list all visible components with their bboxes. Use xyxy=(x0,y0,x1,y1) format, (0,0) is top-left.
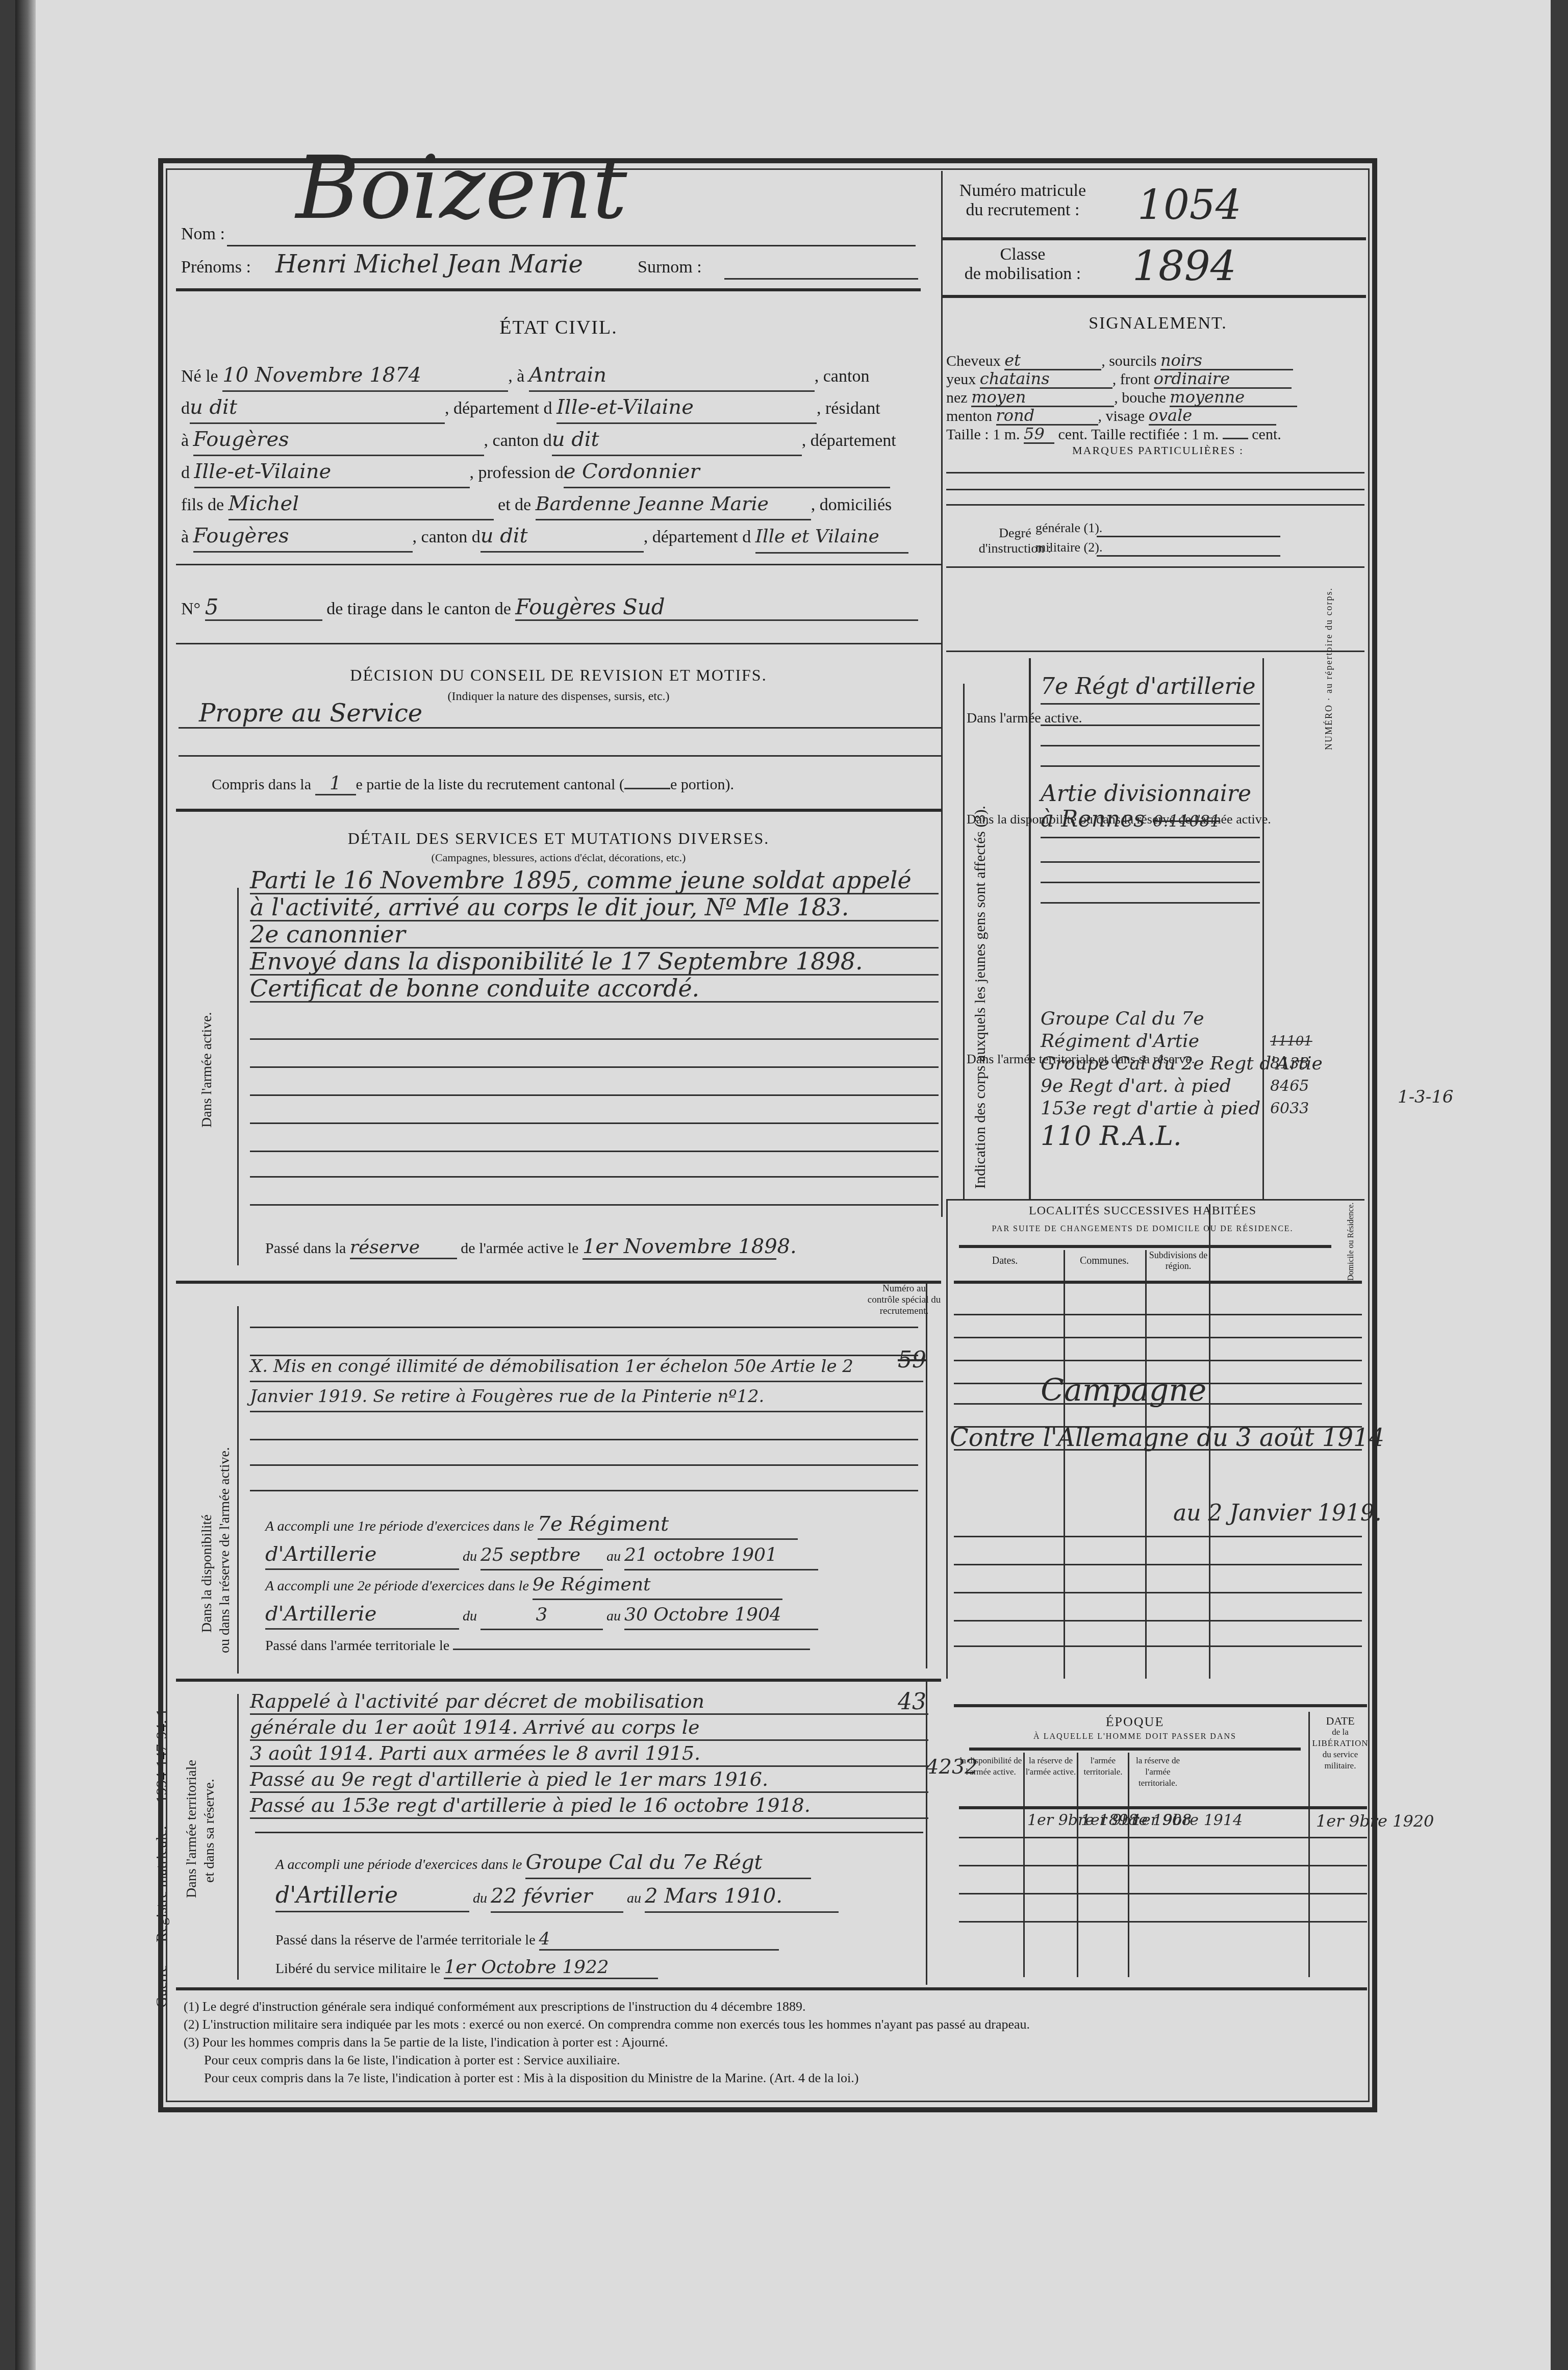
libere[interactable]: 1er Octobre 1922 xyxy=(444,1957,658,1979)
service-line[interactable]: 2e canonnier xyxy=(250,921,939,949)
signalement-title: SIGNALEMENT. xyxy=(944,314,1372,333)
corps-side-rule xyxy=(963,684,965,1199)
epoque-row-line xyxy=(959,1921,1367,1923)
tirage-no[interactable]: 5 xyxy=(205,594,322,621)
terr-side-label-2: et dans sa réserve. xyxy=(201,1779,218,1883)
campagne-title[interactable]: Campagne xyxy=(1041,1373,1206,1408)
classe-label: Classede mobilisation : xyxy=(949,245,1097,284)
footnote: (3) Pour les hommes compris dans la 5e p… xyxy=(184,2033,1357,2051)
degre-divider xyxy=(946,566,1364,568)
epoque-row-line xyxy=(959,1893,1367,1894)
localites-subtitle: PAR SUITE DE CHANGEMENTS DE DOMICILE OU … xyxy=(949,1225,1336,1234)
service-line[interactable]: Parti le 16 Novembre 1895, comme jeune s… xyxy=(250,867,939,894)
corps-active-entry[interactable]: 7e Régt d'artillerie xyxy=(1041,673,1256,700)
sourcils[interactable]: noirs xyxy=(1160,352,1293,370)
dispo-divider xyxy=(176,1679,941,1682)
periode3-block: A accompli une période d'exercices dans … xyxy=(275,1847,933,1914)
residence[interactable]: Fougères xyxy=(193,424,484,456)
prenoms-label: Prénoms : xyxy=(181,258,251,277)
footnote: (1) Le degré d'instruction générale sera… xyxy=(184,1998,1357,2015)
etat-civil-title: ÉTAT CIVIL. xyxy=(176,316,941,339)
corps-active-line-3 xyxy=(1041,745,1260,746)
corps-dispo-line-2 xyxy=(1041,861,1260,863)
terr-line[interactable]: générale du 1er août 1914. Arrivé au cor… xyxy=(250,1715,928,1741)
decision-line-1 xyxy=(179,727,941,729)
territoriale-passe[interactable] xyxy=(453,1649,810,1650)
marques-line-2 xyxy=(946,489,1364,490)
residence-canton[interactable]: u dit xyxy=(552,424,802,456)
localites-col-subdivisions: Subdivisions de région. xyxy=(1148,1250,1209,1271)
footnote: (2) L'instruction militaire sera indiqué… xyxy=(184,2015,1357,2033)
corps-dispo-line-3 xyxy=(1041,882,1260,883)
corps-dispo-numero[interactable]: 0.11081 xyxy=(1153,811,1220,831)
localites-row-line xyxy=(954,1314,1362,1315)
decision-line-2 xyxy=(179,755,941,757)
localites-title: LOCALITÉS SUCCESSIVES HABITÉES xyxy=(949,1204,1336,1218)
page-binding xyxy=(15,0,36,2370)
localites-brace xyxy=(959,1245,1331,1248)
periode3-au[interactable]: 2 Mars 1910. xyxy=(645,1881,839,1913)
periode1-du[interactable]: 25 septbre xyxy=(480,1541,603,1570)
corps-territoriale-label: Dans l'armée territoriale et dans sa rés… xyxy=(967,1051,1038,1067)
periode3-corps-a[interactable]: Groupe Cal du 7e Régt xyxy=(525,1847,811,1879)
localites-row-line xyxy=(954,1620,1362,1621)
menton[interactable]: rond xyxy=(996,407,1098,426)
terr-line[interactable]: Rappelé à l'activité par décret de mobil… xyxy=(250,1689,928,1715)
localites-row-line xyxy=(954,1360,1362,1361)
services-active-side-label: Dans l'armée active. xyxy=(199,1012,215,1128)
terr-numero-a[interactable]: 43 xyxy=(898,1689,926,1715)
localites-row-line xyxy=(954,1536,1362,1537)
classe-divider xyxy=(943,295,1366,298)
corps-bottom-line xyxy=(946,1199,1364,1201)
periode2-du[interactable]: 3 xyxy=(480,1601,603,1630)
footnotes: (1) Le degré d'instruction générale sera… xyxy=(184,1998,1357,2087)
corps-active-line-4 xyxy=(1041,765,1260,767)
epoque-title: ÉPOQUE xyxy=(959,1714,1311,1730)
territoriale-entry[interactable]: Groupe Cal du 2e Regt d'Artie8138 xyxy=(1041,1053,1326,1075)
service-empty-line xyxy=(250,1176,939,1178)
dispo-side-label-1: Dans la disponibilité xyxy=(199,1514,215,1633)
campagne-line-1[interactable]: Contre l'Allemagne du 3 août 1914 xyxy=(950,1424,1384,1452)
services-active-lines: Parti le 16 Novembre 1895, comme jeune s… xyxy=(250,867,939,1003)
front[interactable]: ordinaire xyxy=(1154,370,1292,389)
degre-militaire-line[interactable] xyxy=(1097,555,1280,557)
classe-value[interactable]: 1894 xyxy=(1132,242,1236,290)
territoriale-entry[interactable]: 110 R.A.L. xyxy=(1041,1125,1326,1147)
libere-row: Libéré du service militaire le 1er Octob… xyxy=(275,1957,658,1979)
epoque-liberation-divider xyxy=(1308,1712,1310,1977)
terr-line[interactable]: Passé au 9e regt d'artillerie à pied le … xyxy=(250,1767,928,1793)
dispo-line[interactable]: X. Mis en congé illimité de démobilisati… xyxy=(250,1352,923,1382)
decision-value[interactable]: Propre au Service xyxy=(199,699,422,728)
footnote: Pour ceux compris dans la 7e liste, l'in… xyxy=(184,2069,1357,2087)
periode2-corps-a[interactable]: 9e Régiment xyxy=(533,1570,782,1600)
epoque-brace xyxy=(969,1748,1301,1751)
compris-portion[interactable] xyxy=(624,788,670,789)
terr-line[interactable]: Passé au 153e regt d'artillerie à pied l… xyxy=(250,1793,928,1819)
epoque-header-line xyxy=(959,1806,1367,1809)
epoque-col-value[interactable]: 1er 9bre 1914 xyxy=(1132,1811,1243,1829)
mere[interactable]: Bardenne Jeanne Marie xyxy=(536,488,811,520)
service-empty-line xyxy=(250,1094,939,1096)
dispo-rule xyxy=(237,1306,239,1674)
localites-header-line xyxy=(954,1281,1362,1284)
localites-left-rule xyxy=(946,1199,948,1679)
periode3-corps-b[interactable]: d'Artillerie xyxy=(275,1880,469,1912)
matricule-label: Numéro matriculedu recrutement : xyxy=(949,181,1097,220)
liberation-label: DATEde laLIBÉRATIONdu service militaire. xyxy=(1311,1715,1370,1772)
marques-line-3 xyxy=(946,504,1364,506)
territoriale-passe-row: Passé dans l'armée territoriale le xyxy=(265,1638,810,1654)
degre-generale-label: générale (1). xyxy=(1035,520,1102,536)
corps-dispo-line-1 xyxy=(1041,837,1260,838)
passe-date[interactable]: 1er Novembre 1898. xyxy=(583,1235,776,1260)
terr-empty-line xyxy=(255,1832,923,1833)
services-active-divider xyxy=(176,1281,941,1284)
visage[interactable]: ovale xyxy=(1149,407,1276,426)
service-line[interactable]: Envoyé dans la disponibilité le 17 Septe… xyxy=(250,949,939,976)
dispo-empty-line xyxy=(250,1490,918,1491)
corps-active-label: Dans l'armée active. xyxy=(967,710,1038,727)
periode1-au[interactable]: 21 octobre 1901 xyxy=(624,1541,818,1570)
services-active-rule xyxy=(237,888,239,1265)
signalement-block: Cheveux et, sourcils noirs yeux chatains… xyxy=(946,352,1370,444)
parents-departement[interactable]: Ille et Vilaine xyxy=(755,521,908,554)
corps-dispo-label: Dans la disponibilité ou dans la réserve… xyxy=(967,811,1038,828)
epoque-row-line xyxy=(959,1865,1367,1866)
localites-row-line xyxy=(954,1592,1362,1593)
localites-col-communes: Communes. xyxy=(1066,1255,1143,1267)
dispo-empty-line xyxy=(250,1439,918,1440)
localites-row-line xyxy=(954,1645,1362,1647)
nez[interactable]: moyen xyxy=(971,389,1114,407)
periode1-corps-b[interactable]: d'Artillerie xyxy=(265,1540,459,1570)
passe-reserve-row: Passé dans la réserve de l'armée active … xyxy=(265,1235,776,1260)
periode3-du[interactable]: 22 février xyxy=(491,1881,623,1913)
taille[interactable]: 59 xyxy=(1024,426,1054,444)
service-empty-line xyxy=(250,1038,939,1040)
nom-value[interactable]: Boizent xyxy=(296,138,627,239)
cheveux[interactable]: et xyxy=(1004,352,1101,370)
degre-generale-line[interactable] xyxy=(1097,536,1280,537)
taille-rectifiee[interactable] xyxy=(1223,438,1248,439)
marques-label: MARQUES PARTICULIÈRES : xyxy=(944,444,1372,457)
departement-naissance[interactable]: Ille-et-Vilaine xyxy=(557,392,817,424)
corps-active-line-2 xyxy=(1041,725,1260,726)
dispo-lines: X. Mis en congé illimité de démobilisati… xyxy=(250,1352,923,1412)
footnotes-divider xyxy=(176,1987,1367,1990)
territoriale-entry[interactable]: Groupe Cal du 7e xyxy=(1041,1008,1326,1030)
reserve-terr[interactable]: 4 xyxy=(539,1929,779,1951)
corps-dispo-line-4 xyxy=(1041,902,1260,904)
prenoms-value[interactable]: Henri Michel Jean Marie xyxy=(275,250,583,279)
liberation-date[interactable]: 1er 9bre 1920 xyxy=(1316,1811,1434,1831)
epoque-col-header: l'armée territoriale. xyxy=(1079,1755,1127,1778)
profession[interactable]: e Cordonnier xyxy=(564,456,890,488)
corps-active-line-1 xyxy=(1041,703,1260,705)
corps-side-label: Indication des corps auxquels les jeunes… xyxy=(972,806,989,1189)
territoriale-entry[interactable]: 153e regt d'artie à pied6033 xyxy=(1041,1097,1326,1120)
dispo-empty-line xyxy=(250,1464,918,1466)
service-line[interactable]: Certificat de bonne conduite accordé. xyxy=(250,976,939,1003)
footnote: Pour ceux compris dans la 6e liste, l'in… xyxy=(184,2051,1357,2069)
header-divider xyxy=(176,288,921,291)
periode1-corps-a[interactable]: 7e Régiment xyxy=(538,1510,798,1540)
corps-top-line xyxy=(946,651,1364,652)
decision-divider xyxy=(176,809,941,812)
nom-line xyxy=(227,245,916,246)
decision-title: DÉCISION DU CONSEIL DE REVISION ET MOTIF… xyxy=(176,666,941,685)
parents-residence[interactable]: Fougères xyxy=(193,520,413,553)
dispo-empty-line xyxy=(250,1327,918,1328)
nom-label: Nom : xyxy=(181,224,225,244)
localites-row-line xyxy=(954,1564,1362,1565)
surnom-label: Surnom : xyxy=(638,258,702,277)
campagne-line-2[interactable]: au 2 Janvier 1919. xyxy=(1173,1500,1382,1526)
yeux[interactable]: chatains xyxy=(980,370,1112,389)
localites-bottom xyxy=(954,1704,1367,1707)
surnom-line xyxy=(724,278,918,280)
passe-reserve[interactable]: réserve xyxy=(350,1237,457,1259)
tirage-row: N° 5 de tirage dans le canton de Fougère… xyxy=(181,594,918,621)
service-empty-line xyxy=(250,1151,939,1152)
terr-lines: Rappelé à l'activité par décret de mobil… xyxy=(250,1689,928,1819)
compris-row: Compris dans la 1e partie de la liste du… xyxy=(212,773,734,795)
corps-margin-note: 1-3-16 xyxy=(1398,1087,1454,1107)
terr-line[interactable]: 3 août 1914. Parti aux armées le 8 avril… xyxy=(250,1741,928,1767)
periode2-corps-b[interactable]: d'Artillerie xyxy=(265,1600,459,1630)
service-empty-line xyxy=(250,1204,939,1206)
corps-dispo-entry-1[interactable]: Artie divisionnaire xyxy=(1041,781,1251,807)
bouche[interactable]: moyenne xyxy=(1170,389,1297,407)
epoque-row-line xyxy=(959,1837,1367,1838)
tirage-canton[interactable]: Fougères Sud xyxy=(515,594,918,621)
parents-canton[interactable]: u dit xyxy=(480,520,644,553)
right-column-divider xyxy=(941,171,943,1217)
services-subtitle: (Campagnes, blessures, actions d'éclat, … xyxy=(176,851,941,864)
marques-line-1 xyxy=(946,472,1364,473)
reserve-terr-row: Passé dans la réserve de l'armée territo… xyxy=(275,1929,779,1951)
service-line[interactable]: à l'activité, arrivé au corps le dit jou… xyxy=(250,894,939,921)
lieu-naissance[interactable]: Antrain xyxy=(529,360,815,392)
periodes-block: A accompli une 1re période d'exercices d… xyxy=(265,1510,928,1630)
degre-militaire-label: militaire (2). xyxy=(1035,540,1102,555)
terr-rule xyxy=(237,1694,239,1980)
dispo-line[interactable]: Janvier 1919. Se retire à Fougères rue d… xyxy=(250,1382,923,1412)
corps-territoriale-list: Groupe Cal du 7e Régiment d'Artie11101 G… xyxy=(1041,1008,1326,1147)
service-empty-line xyxy=(250,1066,939,1068)
canton-naissance[interactable]: u dit xyxy=(190,392,445,424)
corps-dispo-entry-2[interactable]: à Rennes xyxy=(1041,806,1145,832)
compris-partie[interactable]: 1 xyxy=(315,773,356,795)
tirage-divider xyxy=(176,643,941,644)
residence-departement[interactable]: Ille-et-Vilaine xyxy=(194,456,470,488)
periode2-au[interactable]: 30 Octobre 1904 xyxy=(624,1601,818,1630)
service-empty-line xyxy=(250,1122,939,1124)
territoriale-entry[interactable]: 9e Regt d'art. à pied8465 xyxy=(1041,1075,1326,1097)
etat-civil-block: Né le 10 Novembre 1874, à Antrain, canto… xyxy=(181,360,936,554)
epoque-col-header: la réserve de l'armée territoriale. xyxy=(1130,1755,1186,1789)
epoque-col-header: la disponibilité de l'armée active. xyxy=(959,1755,1023,1778)
matricule-value[interactable]: 1054 xyxy=(1137,181,1242,229)
localites-col-dates: Dates. xyxy=(949,1255,1061,1267)
pere[interactable]: Michel xyxy=(229,488,494,520)
epoque-subtitle: À LAQUELLE L'HOMME DOIT PASSER DANS xyxy=(959,1732,1311,1741)
dispo-side-label-2: ou dans la réserve de l'armée active. xyxy=(217,1447,233,1653)
services-title: DÉTAIL DES SERVICES ET MUTATIONS DIVERSE… xyxy=(176,829,941,848)
terr-side-label-1: Dans l'armée territoriale xyxy=(184,1760,200,1898)
etat-civil-divider xyxy=(176,564,941,565)
territoriale-entry[interactable]: Régiment d'Artie11101 xyxy=(1041,1030,1326,1053)
date-naissance[interactable]: 10 Novembre 1874 xyxy=(222,360,508,392)
corps-label-divider xyxy=(1029,658,1031,1199)
numero-label: NUMÉRO · au répertoire du corps. xyxy=(1324,587,1334,750)
epoque-col-header: la réserve de l'armée active. xyxy=(1025,1755,1076,1778)
numero-controle-label-text: Numéro au contrôle spécial du recrutemen… xyxy=(867,1283,941,1317)
localites-col-domicile: Domicile ou Résidence. xyxy=(1347,1203,1356,1281)
localites-row-line xyxy=(954,1337,1362,1338)
matricule-divider xyxy=(943,237,1366,240)
